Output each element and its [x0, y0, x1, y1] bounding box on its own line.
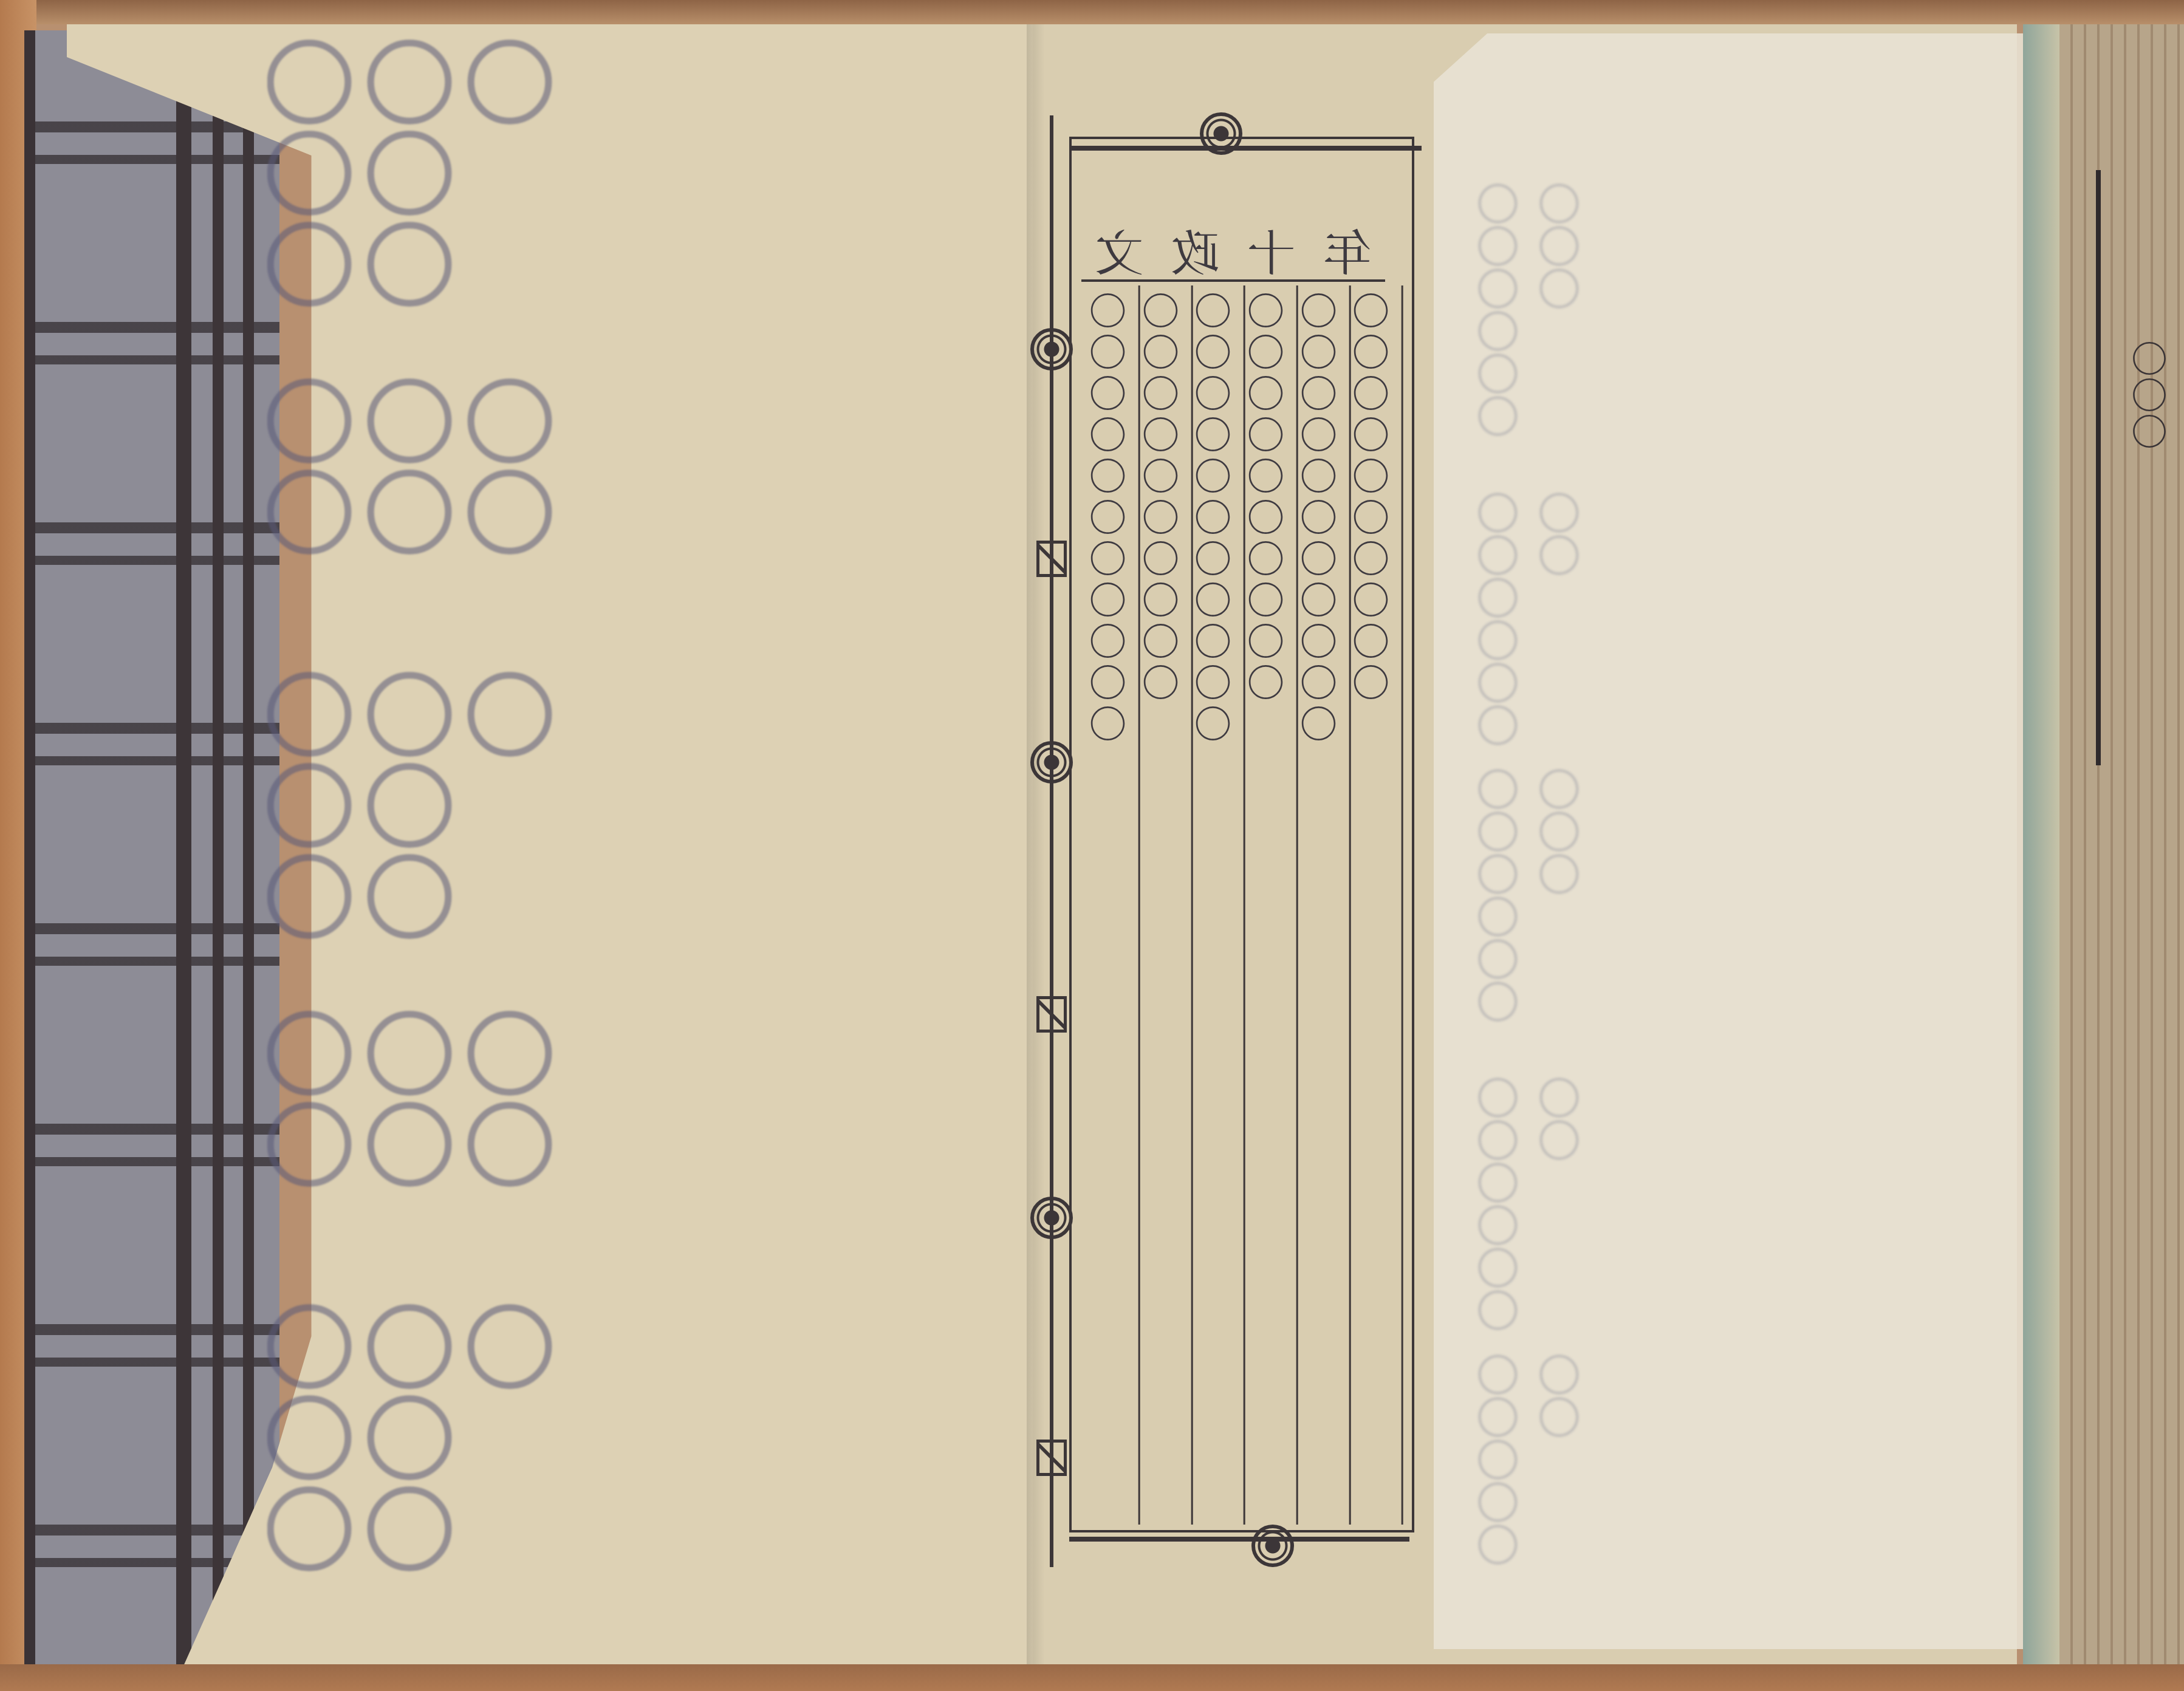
- square-ornament-icon: [1036, 1440, 1067, 1476]
- text-column: 〇〇〇〇〇〇〇〇〇〇〇: [1193, 285, 1245, 1525]
- ring-ornament-icon: [1030, 741, 1073, 784]
- teal-page-edge: [2023, 24, 2059, 1664]
- text-column: 〇〇〇〇〇〇〇〇〇: [1470, 768, 2017, 1059]
- text-column: 〇〇〇〇〇〇: [267, 375, 1027, 645]
- text-column: 〇〇〇〇〇〇〇: [267, 1301, 1027, 1616]
- text-column: 〇〇〇〇〇〇〇: [267, 669, 1027, 983]
- text-column: 〇〇〇〇〇〇〇: [267, 36, 1027, 351]
- endpaper-edge: [24, 30, 35, 1664]
- square-ornament-icon: [1036, 996, 1067, 1033]
- text-columns: 〇〇〇〇〇〇〇〇〇〇〇 〇〇〇〇〇〇〇〇〇〇 〇〇〇〇〇〇〇〇〇〇〇 〇〇〇〇〇…: [1087, 285, 1403, 1525]
- right-edge-text: 〇〇〇: [2126, 340, 2175, 644]
- book-board-top: [0, 0, 2184, 24]
- text-column: 〇〇〇〇〇〇〇〇〇〇: [1140, 285, 1193, 1525]
- ornamental-border-rail: [1033, 115, 1069, 1567]
- text-column: 〇〇〇〇〇〇〇: [1470, 1353, 2017, 1579]
- bottom-border-bar: [1069, 1537, 1409, 1542]
- book-board-bottom: [0, 1664, 2184, 1691]
- text-column: 〇〇〇〇〇〇〇〇〇: [1470, 182, 2017, 473]
- square-ornament-icon: [1036, 541, 1067, 577]
- left-page-show-through-text: 〇〇〇〇〇〇〇 〇〇〇〇〇〇 〇〇〇〇〇〇〇 〇〇〇〇〇〇 〇〇〇〇〇〇〇: [267, 36, 1027, 1616]
- text-column: 〇〇〇〇〇〇〇〇〇〇〇: [1298, 285, 1351, 1525]
- patterned-endpaper: [24, 30, 279, 1664]
- text-column: 〇〇〇〇〇〇〇〇〇〇: [1350, 285, 1403, 1525]
- tissue-show-through-text: 〇〇〇〇〇〇〇〇〇 〇〇〇〇〇〇〇〇 〇〇〇〇〇〇〇〇〇 〇〇〇〇〇〇〇〇 〇〇…: [1470, 182, 2017, 1579]
- text-column: 〇〇〇〇〇〇: [267, 1008, 1027, 1277]
- ring-ornament-icon: [1030, 328, 1073, 371]
- right-border-line: [2096, 170, 2101, 765]
- text-column: 〇〇〇〇〇〇〇〇〇〇: [1245, 285, 1298, 1525]
- text-column: 〇〇〇〇〇〇〇〇: [1470, 1076, 2017, 1334]
- text-column: 〇〇〇〇〇〇〇〇〇〇〇: [1087, 285, 1140, 1525]
- ring-ornament-icon: [1030, 1197, 1073, 1239]
- page-stack-edge: [2059, 24, 2184, 1664]
- text-column: 〇〇〇〇〇〇〇〇: [1470, 491, 2017, 750]
